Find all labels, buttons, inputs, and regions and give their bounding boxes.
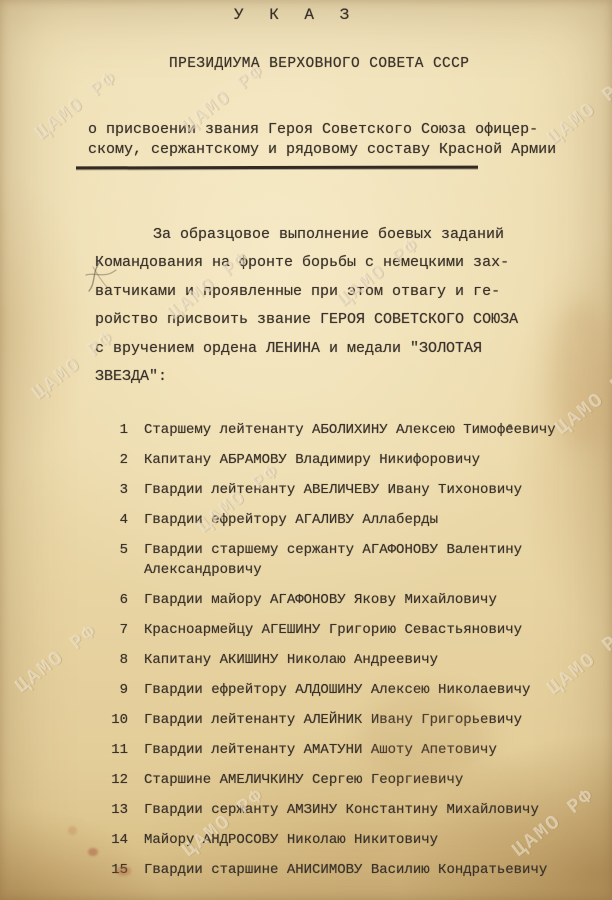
pen-mark [83,259,119,295]
award-list-item: 10 Гвардии лейтенанту АЛЕЙНИК Ивану Григ… [100,710,600,730]
item-number: 5 [100,540,128,580]
award-list-item: 1 Старшему лейтенанту АБОЛИХИНУ Алексею … [100,420,600,440]
award-list-item: 3 Гвардии лейтенанту АВЕЛИЧЕВУ Ивану Тих… [100,480,600,500]
award-list-item: 11 Гвардии лейтенанту АМАТУНИ Ашоту Апет… [100,740,600,760]
item-number: 8 [100,650,128,670]
underline-rule [76,166,478,170]
item-number: 15 [100,860,128,880]
item-text: Красноармейцу АГЕШИНУ Григорию Севастьян… [144,620,576,640]
award-list-item: 2 Капитану АБРАМОВУ Владимиру Никифорови… [100,450,600,470]
item-text: Гвардии лейтенанту АВЕЛИЧЕВУ Ивану Тихон… [144,480,576,500]
item-text: Гвардии старшему сержанту АГАФОНОВУ Вале… [144,540,576,580]
item-number: 3 [100,480,128,500]
item-number: 6 [100,590,128,610]
item-number: 7 [100,620,128,640]
item-text: Старшине АМЕЛИЧКИНУ Сергею Георгиевичу [144,770,576,790]
decree-title: У К А З [234,6,357,24]
item-text: Капитану АБРАМОВУ Владимиру Никифоровичу [144,450,576,470]
issuing-body: ПРЕЗИДИУМА ВЕРХОВНОГО СОВЕТА СССР [169,56,469,72]
award-list-item: 13 Гвардии сержанту АМЗИНУ Константину М… [100,800,600,820]
item-text: Гвардии лейтенанту АЛЕЙНИК Ивану Григорь… [144,710,576,730]
item-number: 13 [100,800,128,820]
item-text: Старшему лейтенанту АБОЛИХИНУ Алексею Ти… [144,420,576,440]
item-text: Гвардии майору АГАФОНОВУ Якову Михайлови… [144,590,576,610]
decree-subject: о присвоении звания Героя Советского Сою… [88,120,588,159]
item-text: Гвардии ефрейтору АЛДОШИНУ Алексею Никол… [144,680,576,700]
item-text: Гвардии старшине АНИСИМОВУ Василию Кондр… [144,860,576,880]
award-list-item: 6 Гвардии майору АГАФОНОВУ Якову Михайло… [100,590,600,610]
item-number: 1 [100,420,128,440]
award-list-item: 8 Капитану АКИШИНУ Николаю Андреевичу [100,650,600,670]
award-list-item: 12 Старшине АМЕЛИЧКИНУ Сергею Георгиевич… [100,770,600,790]
item-text: Капитану АКИШИНУ Николаю Андреевичу [144,650,576,670]
archive-watermark: ЦАМО РФ [11,620,102,698]
award-list-item: 15 Гвардии старшине АНИСИМОВУ Василию Ко… [100,860,600,880]
item-number: 4 [100,510,128,530]
document-page: ЦАМО РФ ЦАМО РФ ЦАМО РФ ЦАМО РФ ЦАМО РФ … [0,0,612,900]
item-number: 10 [100,710,128,730]
award-list-item: 4 Гвардии ефрейтору АГАЛИВУ Аллаберды [100,510,600,530]
item-number: 14 [100,830,128,850]
award-list-item: 7 Красноармейцу АГЕШИНУ Григорию Севасть… [100,620,600,640]
paper-stain [68,826,77,835]
item-text: Майору АНДРОСОВУ Николаю Никитовичу [144,830,576,850]
award-list-item: 5 Гвардии старшему сержанту АГАФОНОВУ Ва… [100,540,600,580]
paper-stain [88,848,98,856]
item-number: 2 [100,450,128,470]
item-number: 11 [100,740,128,760]
award-list-item: 14 Майору АНДРОСОВУ Николаю Никитовичу [100,830,600,850]
award-list-item: 9 Гвардии ефрейтору АЛДОШИНУ Алексею Ник… [100,680,600,700]
item-number: 9 [100,680,128,700]
item-text: Гвардии лейтенанту АМАТУНИ Ашоту Апетови… [144,740,576,760]
award-list: 1 Старшему лейтенанту АБОЛИХИНУ Алексею … [100,420,600,890]
decree-body: За образцовое выполнение боевых заданий … [95,221,575,391]
item-text: Гвардии ефрейтору АГАЛИВУ Аллаберды [144,510,576,530]
item-number: 12 [100,770,128,790]
item-text: Гвардии сержанту АМЗИНУ Константину Миха… [144,800,576,820]
